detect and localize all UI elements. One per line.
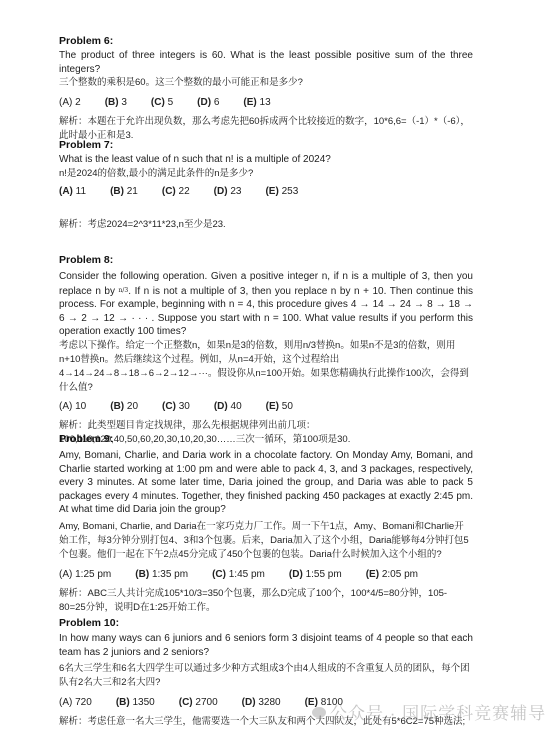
problem-7: Problem 7: What is the least value of n … — [59, 139, 473, 232]
problem-text-zh: 6名大三学生和6名大四学生可以通过多少种方式组成3个由4人组成的不含重复人员的团… — [59, 662, 473, 690]
problem-title: Problem 7: — [59, 139, 473, 152]
choice-d: (D) 6 — [197, 96, 219, 109]
answer-choices: (A) 1:25 pm (B) 1:35 pm (C) 1:45 pm (D) … — [59, 568, 473, 581]
choice-a: (A) 10 — [59, 400, 86, 413]
choice-d: (D) 23 — [214, 185, 242, 198]
choice-b: (B) 21 — [110, 185, 138, 198]
choice-b: (B) 1:35 pm — [135, 568, 188, 581]
problem-6: Problem 6: The product of three integers… — [59, 35, 473, 143]
answer-choices: (A) 11 (B) 21 (C) 22 (D) 23 (E) 253 — [59, 185, 473, 198]
answer-choices: (A) 2 (B) 3 (C) 5 (D) 6 (E) 13 — [59, 96, 473, 109]
choice-c: (C) 5 — [151, 96, 173, 109]
problem-text-en: In how many ways can 6 juniors and 6 sen… — [59, 632, 473, 659]
choice-d: (D) 3280 — [242, 696, 281, 709]
problem-text-en: The product of three integers is 60. Wha… — [59, 49, 473, 76]
choice-a: (A) 11 — [59, 185, 86, 198]
choice-b: (B) 1350 — [116, 696, 155, 709]
problem-title: Problem 9: — [59, 433, 473, 446]
answer-choices: (A) 10 (B) 20 (C) 30 (D) 40 (E) 50 — [59, 400, 473, 413]
problem-text-en: What is the least value of n such that n… — [59, 153, 473, 167]
choice-c: (C) 30 — [162, 400, 190, 413]
solution-text: 解析：考虑2024=2^3*11*23,n至少是23. — [59, 218, 473, 232]
choice-b: (B) 3 — [105, 96, 127, 109]
choice-a: (A) 2 — [59, 96, 81, 109]
choice-d: (D) 1:55 pm — [289, 568, 342, 581]
choice-e: (E) 13 — [243, 96, 270, 109]
problem-title: Problem 10: — [59, 617, 473, 630]
problem-9: Problem 9: Amy, Bomani, Charlie, and Dar… — [59, 433, 473, 615]
choice-c: (C) 1:45 pm — [212, 568, 265, 581]
problem-text-zh: n!是2024的倍数,最小的满足此条件的n是多少? — [59, 167, 473, 181]
problem-text-zh: 三个整数的乘积是60。这三个整数的最小可能正和是多少? — [59, 76, 473, 90]
choice-e: (E) 2:05 pm — [366, 568, 418, 581]
choice-b: (B) 20 — [110, 400, 138, 413]
problem-text-zh: 考虑以下操作。给定一个正整数n，如果n是3的倍数，则用n/3替换n。如果n不是3… — [59, 339, 473, 395]
choice-c: (C) 2700 — [179, 696, 218, 709]
choice-a: (A) 720 — [59, 696, 92, 709]
choice-e: (E) 253 — [265, 185, 298, 198]
watermark: 公众号 · 国际学科竞赛辅导 — [312, 699, 546, 724]
choice-d: (D) 40 — [214, 400, 242, 413]
problem-text-en: Consider the following operation. Given … — [59, 270, 473, 339]
problem-title: Problem 8: — [59, 254, 473, 267]
choice-e: (E) 50 — [266, 400, 293, 413]
problem-text-en: Amy, Bomani, Charlie, and Daria work in … — [59, 449, 473, 517]
wechat-icon — [312, 707, 326, 718]
problem-title: Problem 6: — [59, 35, 473, 48]
choice-c: (C) 22 — [162, 185, 190, 198]
problem-text-zh: Amy, Bomani, Charlie, and Daria在一家巧克力厂工作… — [59, 520, 473, 562]
fraction-n-over-3: n/3 — [119, 287, 129, 294]
watermark-text: 公众号 · 国际学科竞赛辅导 — [330, 704, 546, 723]
solution-text: 解析：ABC三人共计完成105*10/3=350个包裹，那么D完成了100个，1… — [59, 587, 473, 615]
problem-8: Problem 8: Consider the following operat… — [59, 254, 473, 447]
choice-a: (A) 1:25 pm — [59, 568, 111, 581]
